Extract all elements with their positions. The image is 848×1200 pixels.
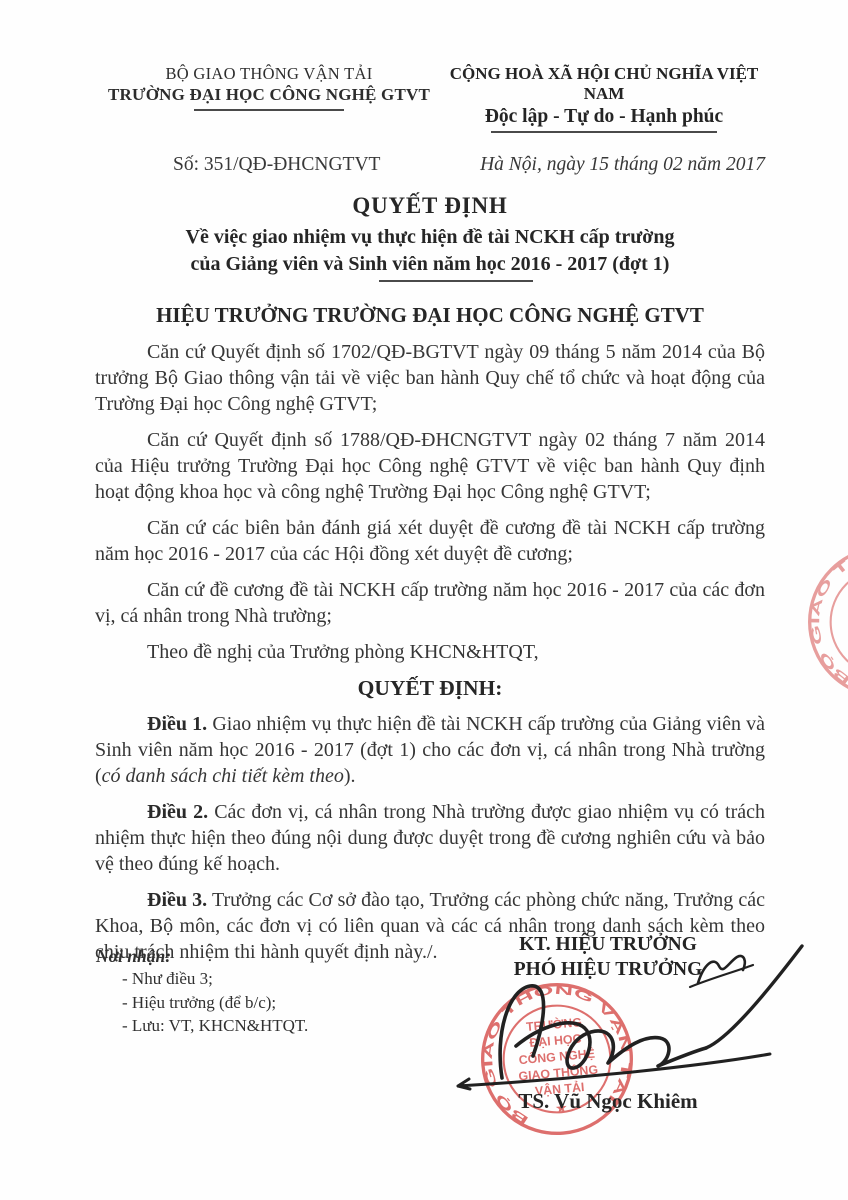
decision-heading: QUYẾT ĐỊNH: (95, 676, 765, 701)
document-body: BỘ GIAO THÔNG VẬN TẢI TRƯỜNG ĐẠI HỌC CÔN… (95, 64, 765, 965)
national-title: CỘNG HOÀ XÃ HỘI CHỦ NGHĨA VIỆT NAM (443, 64, 765, 104)
preamble-paragraph: Theo đề nghị của Trưởng phòng KHCN&HTQT, (95, 639, 765, 665)
article-2: Điều 2. Các đơn vị, cá nhân trong Nhà tr… (95, 799, 765, 877)
reference-row: Số: 351/QĐ-ĐHCNGTVT Hà Nội, ngày 15 thán… (95, 154, 765, 176)
article-3-label: Điều 3. (147, 889, 207, 911)
seal-ring-text: BỘ GIAO THÔNG VẬN TẢI (808, 545, 848, 688)
national-motto: Độc lập - Tự do - Hạnh phúc (443, 106, 765, 128)
document-title: QUYẾT ĐỊNH (95, 193, 765, 219)
agency-separator-line (194, 109, 344, 111)
preamble-paragraph: Căn cứ Quyết định số 1788/QĐ-ĐHCNGTVT ng… (95, 427, 765, 505)
article-2-label: Điều 2. (147, 801, 208, 823)
signature-flourish (706, 946, 802, 1048)
title-block: QUYẾT ĐỊNH Về việc giao nhiệm vụ thực hi… (95, 193, 765, 282)
issuing-agency-block: BỘ GIAO THÔNG VẬN TẢI TRƯỜNG ĐẠI HỌC CÔN… (95, 64, 443, 133)
recipient-item: - Lưu: VT, KHCN&HTQT. (122, 1014, 308, 1038)
handwritten-signature (440, 926, 830, 1116)
document-subtitle: Về việc giao nhiệm vụ thực hiện đề tài N… (95, 224, 765, 278)
place-and-date: Hà Nội, ngày 15 tháng 02 năm 2017 (480, 154, 765, 176)
motto-separator-line (491, 131, 717, 133)
subtitle-line-2: của Giảng viên và Sinh viên năm học 2016… (95, 251, 765, 278)
document-page: BỘ GIAO THÔNG VẬN TẢI TRƯỜNG ĐẠI HỌC CÔN… (0, 0, 848, 1200)
article-1: Điều 1. Giao nhiệm vụ thực hiện đề tài N… (95, 711, 765, 789)
recipient-item: - Hiệu trưởng (để b/c); (122, 991, 308, 1015)
signature-scrawl (500, 986, 706, 1078)
recipients-block: Nơi nhận: - Như điều 3; - Hiệu trưởng (đ… (96, 946, 308, 1038)
preamble-section: Căn cứ Quyết định số 1702/QĐ-BGTVT ngày … (95, 339, 765, 665)
article-1-italic-note: có danh sách chi tiết kèm theo (102, 765, 344, 787)
preamble-paragraph: Căn cứ đề cương đề tài NCKH cấp trường n… (95, 577, 765, 629)
preamble-paragraph: Căn cứ các biên bản đánh giá xét duyệt đ… (95, 515, 765, 567)
title-separator-line (379, 280, 533, 282)
recipients-heading: Nơi nhận: (96, 946, 308, 967)
document-number: Số: 351/QĐ-ĐHCNGTVT (173, 154, 380, 176)
national-motto-block: CỘNG HOÀ XÃ HỘI CHỦ NGHĨA VIỆT NAM Độc l… (443, 64, 765, 133)
article-1-label: Điều 1. (147, 713, 207, 735)
parent-agency-name: BỘ GIAO THÔNG VẬN TẢI (95, 64, 443, 84)
document-header: BỘ GIAO THÔNG VẬN TẢI TRƯỜNG ĐẠI HỌC CÔN… (95, 64, 765, 133)
recipient-item: - Như điều 3; (122, 967, 308, 991)
subtitle-line-1: Về việc giao nhiệm vụ thực hiện đề tài N… (95, 224, 765, 251)
preamble-paragraph: Căn cứ Quyết định số 1702/QĐ-BGTVT ngày … (95, 339, 765, 417)
issuer-heading: HIỆU TRƯỞNG TRƯỜNG ĐẠI HỌC CÔNG NGHỆ GTV… (95, 303, 765, 328)
article-1-tail: ). (344, 765, 356, 787)
edge-seal-partial: BỘ GIAO THÔNG VẬN TẢI (803, 541, 848, 703)
university-name: TRƯỜNG ĐẠI HỌC CÔNG NGHỆ GTVT (95, 85, 443, 105)
